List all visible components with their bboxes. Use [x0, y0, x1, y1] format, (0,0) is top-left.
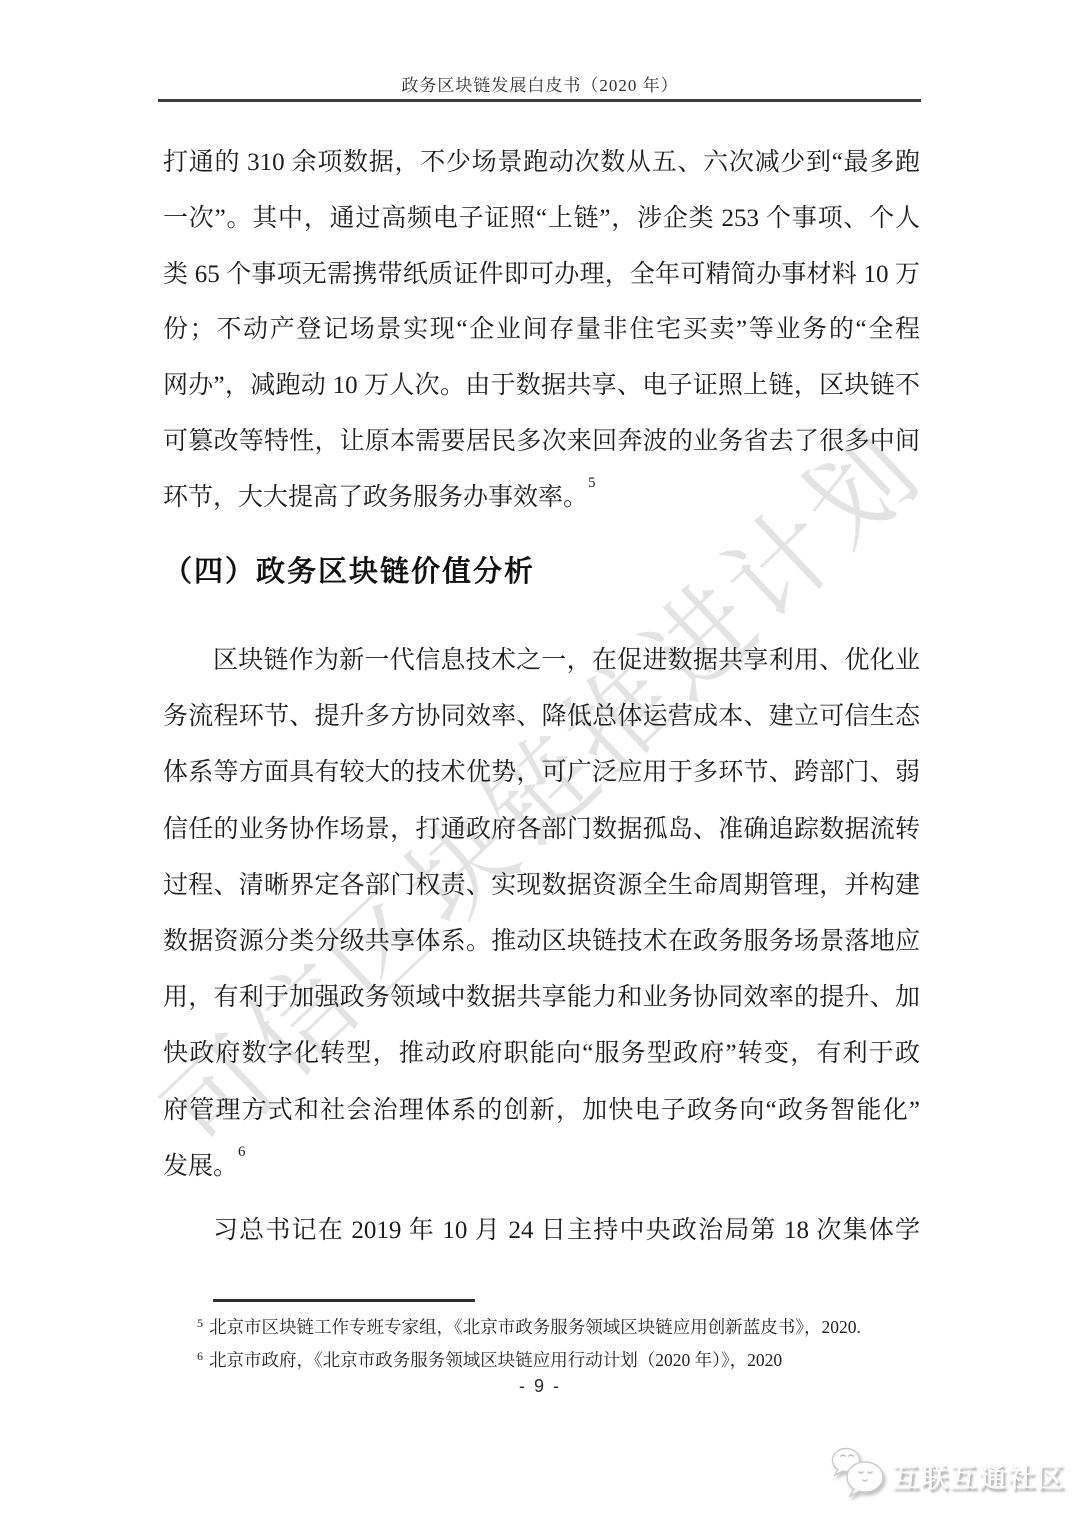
body-line: 网办”，减跑动 10 万人次。由于数据共享、电子证照上链，区块链不	[163, 358, 920, 414]
footnote-text: 北京市政府，《北京市政务服务领域区块链应用行动计划（2020 年）》，2020	[209, 1350, 782, 1370]
body-line: 信任的业务协作场景，打通政府各部门数据孤岛、准确追踪数据流转	[163, 802, 920, 858]
document-page: 政务区块链发展白皮书（2020 年） 可信区块链推进计划 打通的 310 余项数…	[0, 0, 1080, 1527]
body-line: 数据资源分类分级共享体系。推动区块链技术在政务服务场景落地应	[163, 914, 920, 970]
footnotes: 5北京市区块链工作专班专家组，《北京市政务服务领域区块链应用创新蓝皮书》，202…	[197, 1311, 922, 1376]
body-line: 一次”。其中，通过高频电子证照“上链”，涉企类 253 个事项、个人	[163, 191, 920, 247]
body-line: 类 65 个事项无需携带纸质证件即可办理，全年可精简办事材料 10 万	[163, 247, 920, 303]
brand-logo: 互联互通社区	[828, 1444, 1066, 1507]
body-line: 快政府数字化转型，推动政府职能向“服务型政府”转变，有利于政	[163, 1026, 920, 1082]
body-line-text: 发展。	[163, 1153, 238, 1180]
body-line: 区块链作为新一代信息技术之一，在促进数据共享利用、优化业	[163, 633, 920, 689]
body-line: 习总书记在 2019 年 10 月 24 日主持中央政治局第 18 次集体学	[163, 1203, 920, 1259]
footnote-separator-rule	[213, 1299, 475, 1302]
section-heading: （四）政务区块链价值分析	[163, 552, 920, 592]
chat-bubbles-icon	[828, 1444, 888, 1507]
body-line: 过程、清晰界定各部门权责、实现数据资源全生命周期管理，并构建	[163, 858, 920, 914]
body-line: 环节，大大提高了政务服务办事效率。5	[163, 470, 920, 526]
footnote-5: 5北京市区块链工作专班专家组，《北京市政务服务领域区块链应用创新蓝皮书》，202…	[197, 1311, 922, 1344]
footnote-marker: 6	[197, 1349, 203, 1363]
paragraph-1: 打通的 310 余项数据，不少场景跑动次数从五、六次减少到“最多跑 一次”。其中…	[163, 135, 920, 526]
page-number: - 9 -	[0, 1376, 1080, 1397]
brand-logo-text: 互联互通社区	[892, 1456, 1066, 1495]
body-line: 可篡改等特性，让原本需要居民多次来回奔波的业务省去了很多中间	[163, 414, 920, 470]
paragraph-3: 习总书记在 2019 年 10 月 24 日主持中央政治局第 18 次集体学	[163, 1203, 920, 1259]
body-line: 务流程环节、提升多方协同效率、降低总体运营成本、建立可信生态	[163, 689, 920, 745]
body-line-text: 环节，大大提高了政务服务办事效率。	[163, 484, 588, 511]
body-line: 府管理方式和社会治理体系的创新，加快电子政务向“政务智能化”	[163, 1083, 920, 1139]
body-line: 份；不动产登记场景实现“企业间存量非住宅买卖”等业务的“全程	[163, 302, 920, 358]
footnote-text: 北京市区块链工作专班专家组，《北京市政务服务领域区块链应用创新蓝皮书》，2020…	[209, 1317, 861, 1337]
footnote-6: 6北京市政府，《北京市政务服务领域区块链应用行动计划（2020 年）》，2020	[197, 1344, 922, 1377]
footnote-marker: 5	[197, 1316, 203, 1330]
header-rule	[158, 99, 921, 102]
body-line: 打通的 310 余项数据，不少场景跑动次数从五、六次减少到“最多跑	[163, 135, 920, 191]
body-line: 发展。6	[163, 1139, 920, 1195]
running-header-title: 政务区块链发展白皮书（2020 年）	[160, 74, 920, 98]
body-line: 用，有利于加强政务领域中数据共享能力和业务协同效率的提升、加	[163, 970, 920, 1026]
footnote-reference-5: 5	[588, 475, 596, 491]
footnote-reference-6: 6	[238, 1144, 246, 1160]
paragraph-2: 区块链作为新一代信息技术之一，在促进数据共享利用、优化业 务流程环节、提升多方协…	[163, 633, 920, 1195]
body-line: 体系等方面具有较大的技术优势，可广泛应用于多环节、跨部门、弱	[163, 745, 920, 801]
